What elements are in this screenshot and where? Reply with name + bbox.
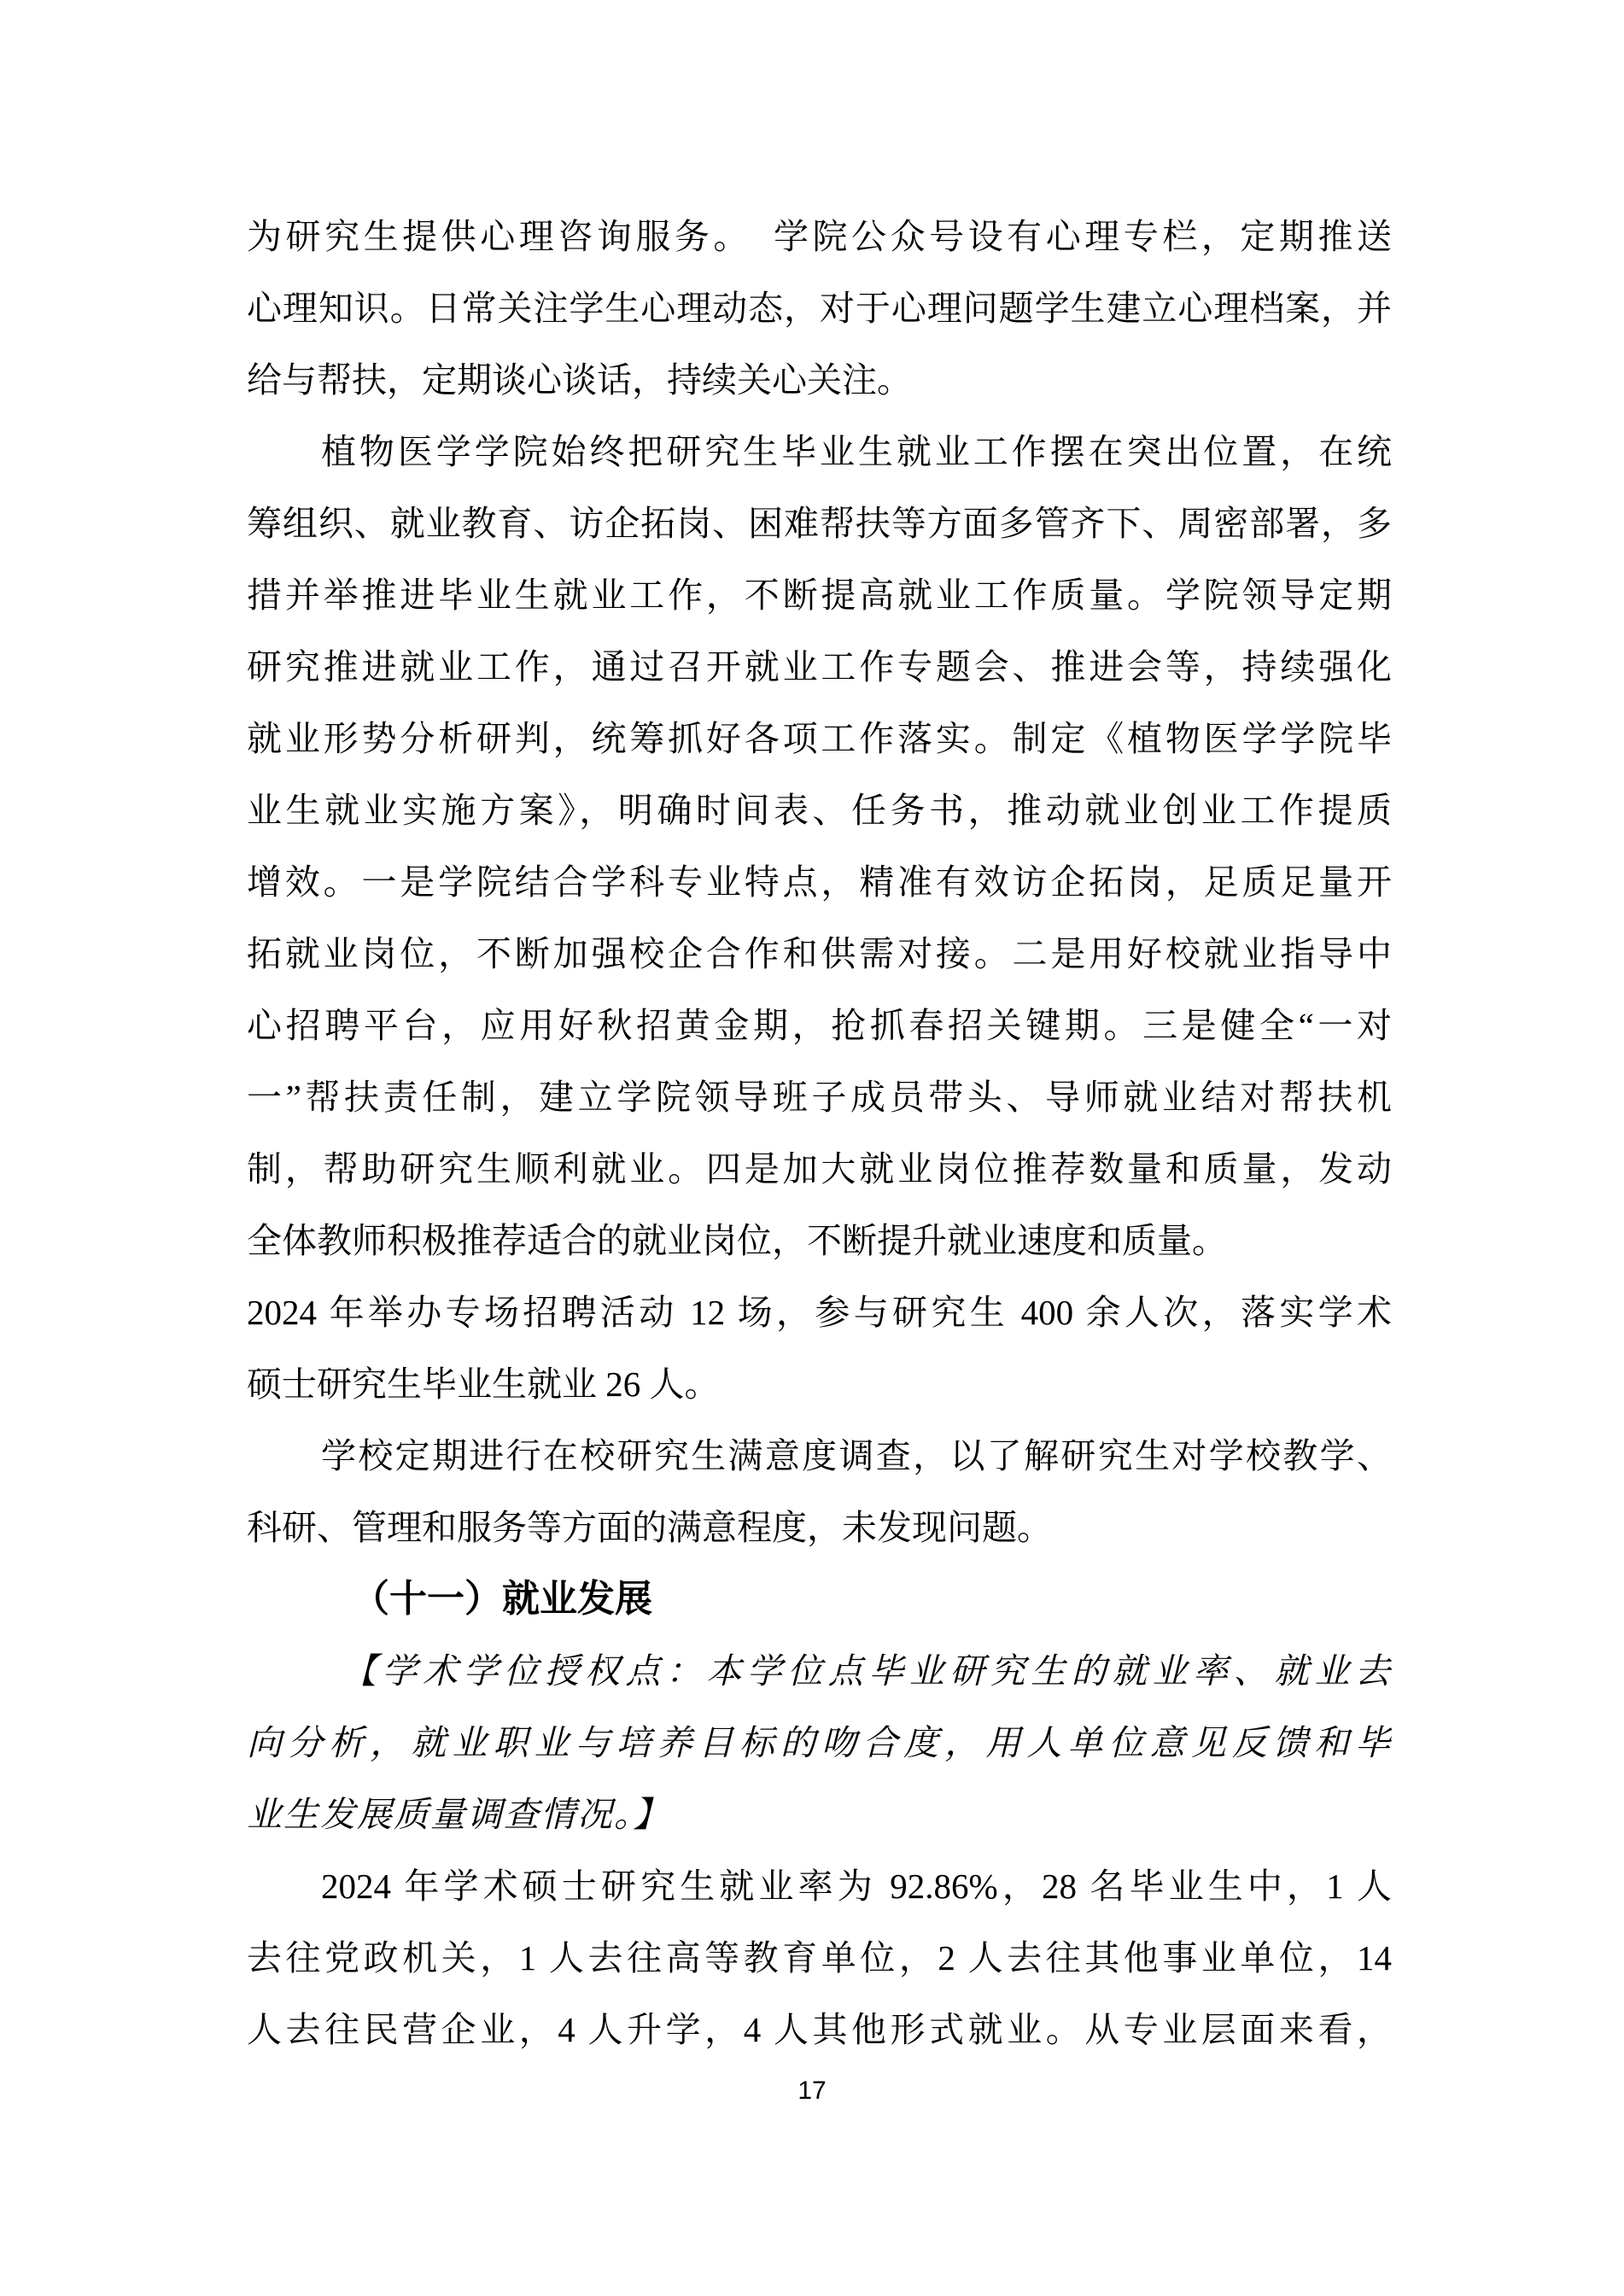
document-page: 为研究生提供心理咨询服务。 学院公众号设有心理专栏，定期推送心理知识。日常关注学…	[0, 0, 1624, 2296]
text-line: 筹组织、就业教育、访企拓岗、困难帮扶等方面多管齐下、周密部署，多	[247, 488, 1392, 559]
text-line: 【学术学位授权点：本学位点毕业研究生的就业率、就业去	[247, 1635, 1392, 1707]
text-line: 研究推进就业工作，通过召开就业工作专题会、推进会等，持续强化	[247, 631, 1392, 703]
text-line: 业生就业实施方案》，明确时间表、任务书，推动就业创业工作提质	[247, 774, 1392, 846]
section-heading: （十一）就业发展	[247, 1563, 1392, 1635]
text-line: 一”帮扶责任制，建立学院领导班子成员带头、导师就业结对帮扶机	[247, 1061, 1392, 1133]
text-line: 给与帮扶，定期谈心谈话，持续关心关注。	[247, 344, 1392, 416]
text-line: 业生发展质量调查情况。】	[247, 1779, 1392, 1850]
text-line: 心招聘平台，应用好秋招黄金期，抢抓春招关键期。三是健全“一对	[247, 990, 1392, 1061]
page-number: 17	[0, 2077, 1624, 2106]
text-line: 学校定期进行在校研究生满意度调查，以了解研究生对学校教学、	[247, 1420, 1392, 1492]
text-line: 植物医学学院始终把研究生毕业生就业工作摆在突出位置，在统	[247, 416, 1392, 488]
text-line: 去往党政机关，1 人去往高等教育单位，2 人去往其他事业单位，14	[247, 1922, 1392, 1994]
text-line: 硕士研究生毕业生就业 26 人。	[247, 1348, 1392, 1420]
text-line: 科研、管理和服务等方面的满意程度，未发现问题。	[247, 1492, 1392, 1563]
text-line: 心理知识。日常关注学生心理动态，对于心理问题学生建立心理档案，并	[247, 272, 1392, 344]
text-line: 措并举推进毕业生就业工作，不断提高就业工作质量。学院领导定期	[247, 559, 1392, 631]
text-line: 为研究生提供心理咨询服务。 学院公众号设有心理专栏，定期推送	[247, 201, 1392, 272]
text-line: 全体教师积极推荐适合的就业岗位，不断提升就业速度和质量。	[247, 1205, 1392, 1277]
text-line: 2024 年学术硕士研究生就业率为 92.86%，28 名毕业生中，1 人	[247, 1850, 1392, 1922]
text-line: 就业形势分析研判，统筹抓好各项工作落实。制定《植物医学学院毕	[247, 703, 1392, 774]
text-line: 向分析，就业职业与培养目标的吻合度，用人单位意见反馈和毕	[247, 1707, 1392, 1779]
text-line: 拓就业岗位，不断加强校企合作和供需对接。二是用好校就业指导中	[247, 918, 1392, 990]
text-block: 为研究生提供心理咨询服务。 学院公众号设有心理专栏，定期推送心理知识。日常关注学…	[247, 201, 1392, 2065]
text-line: 增效。一是学院结合学科专业特点，精准有效访企拓岗，足质足量开	[247, 846, 1392, 918]
text-line: 人去往民营企业，4 人升学，4 人其他形式就业。从专业层面来看，	[247, 1994, 1392, 2065]
text-line: 制，帮助研究生顺利就业。四是加大就业岗位推荐数量和质量，发动	[247, 1133, 1392, 1205]
text-line: 2024 年举办专场招聘活动 12 场，参与研究生 400 余人次，落实学术	[247, 1277, 1392, 1348]
